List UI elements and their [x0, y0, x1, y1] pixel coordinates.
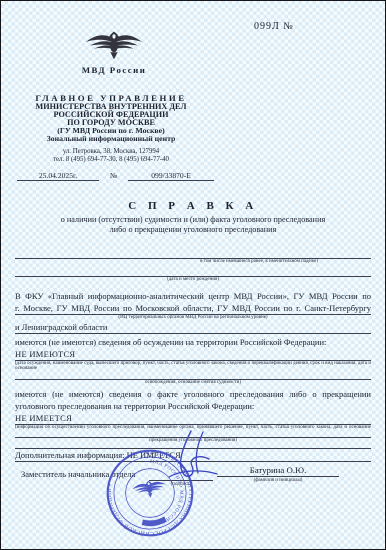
phone-line: тел. 8 (495) 694-77-30, 8 (495) 694-77-4… — [7, 156, 215, 164]
signer-name-caption: (фамилия и инициалы) — [217, 477, 339, 483]
date-number-row: 25.04.2025г. № 099/33870-Е — [17, 171, 214, 181]
number-sign: № — [110, 171, 117, 180]
conviction-caption-1: (дата осуждения, наименование суда, выне… — [15, 361, 371, 372]
handwritten-signature — [157, 429, 227, 491]
org-center-name: Зональный информационный центр — [7, 135, 215, 143]
prosecution-label-line1: имеются (не имеются) сведения о факте уг… — [15, 388, 371, 400]
signer-name-block: Батурина О.Ю. (фамилия и инициалы) — [217, 465, 339, 483]
conviction-label: имеются (не имеются) сведения об осужден… — [15, 336, 371, 348]
prosecution-label-line2: уголовного преследования на территории Р… — [15, 400, 371, 412]
birth-field-line — [15, 265, 371, 277]
stamp-banner — [141, 516, 167, 528]
address-line: ул. Петровка, 38, Москва, 127994 — [7, 148, 215, 156]
document-subtitle-line2: либо о прекращении уголовного преследова… — [1, 225, 385, 235]
document-subtitle-line1: о наличии (отсутствии) судимости и (или)… — [1, 215, 385, 225]
issue-date: 25.04.2025г. — [17, 171, 99, 181]
document-number: 099/33870-Е — [128, 171, 214, 181]
blank-form-number: 099Л № — [254, 21, 294, 32]
document-title: С П Р А В К А — [1, 200, 385, 212]
conviction-extra-line — [15, 372, 371, 380]
certificate-page: 099Л № МВД России ГЛАВНОЕ УПРАВЛЕНИЕ МИН… — [0, 0, 386, 550]
mvd-eagle-emblem-icon — [83, 28, 145, 64]
institution-line1: В ФКУ «Главный информационно-аналитическ… — [15, 290, 371, 302]
address-block: ул. Петровка, 38, Москва, 127994 тел. 8 … — [7, 148, 215, 164]
emblem-caption: МВД России — [54, 65, 174, 75]
prosecution-value: НЕ ИМЕЕТСЯ — [15, 412, 371, 425]
document-title-block: С П Р А В К А о наличии (отсутствии) суд… — [1, 200, 385, 235]
signer-name: Батурина О.Ю. — [217, 465, 339, 477]
institution-line3: и Ленинградской области — [15, 321, 371, 334]
issuing-authority-block: ГЛАВНОЕ УПРАВЛЕНИЕ МИНИСТЕРСТВА ВНУТРЕНН… — [7, 94, 215, 143]
institution-line2: г. Москве, ГУ МВД России по Московской о… — [15, 302, 371, 315]
full-name-field-line — [15, 252, 371, 259]
conviction-value: НЕ ИМЕЮТСЯ — [15, 348, 371, 361]
